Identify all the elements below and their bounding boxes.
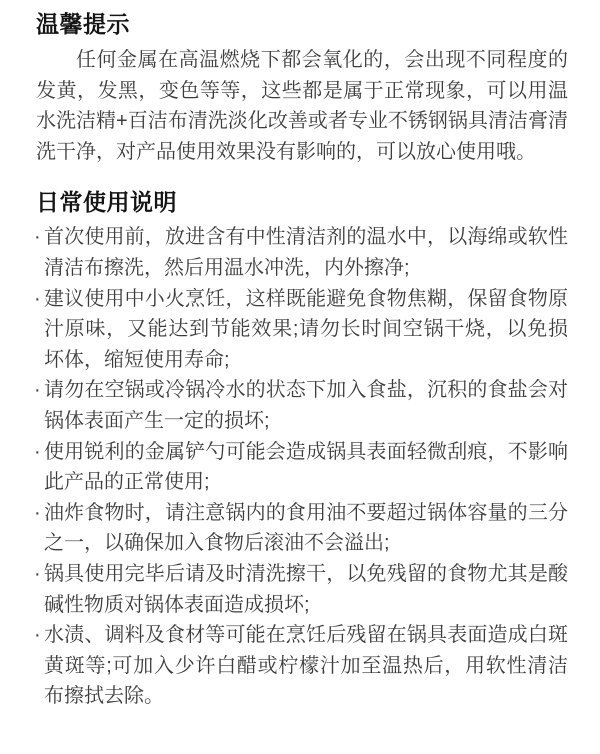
product-care-notes: 温馨提示 任何金属在高温燃烧下都会氧化的，会出现不同程度的发黄，发黑，变色等等，…	[0, 0, 600, 712]
bullet-dot: ·	[34, 375, 41, 406]
usage-instruction-text: 水渍、调料及食材等可能在烹饪后残留在锅具表面造成白斑黄斑等;可加入少许白醋或柠檬…	[44, 624, 568, 707]
usage-instruction-text: 锅具使用完毕后请及时清洗擦干，以免残留的食物尤其是酸碱性物质对锅体表面造成损坏;	[44, 563, 568, 616]
bullet-dot: ·	[34, 498, 41, 529]
usage-instruction-item: · 请勿在空锅或冷锅冷水的状态下加入食盐，沉积的食盐会对锅体表面产生一定的损坏;	[36, 375, 568, 436]
usage-instruction-text: 请勿在空锅或冷锅冷水的状态下加入食盐，沉积的食盐会对锅体表面产生一定的损坏;	[44, 379, 568, 432]
bullet-dot: ·	[34, 222, 41, 253]
bullet-dot: ·	[34, 437, 41, 468]
warm-tips-section: 温馨提示 任何金属在高温燃烧下都会氧化的，会出现不同程度的发黄，发黑，变色等等，…	[36, 9, 568, 167]
usage-instructions-list: · 首次使用前，放进含有中性清洁剂的温水中，以海绵或软性清洁布擦洗，然后用温水冲…	[36, 222, 568, 712]
usage-instruction-item: · 使用锐利的金属铲勺可能会造成锅具表面轻微刮痕，不影响此产品的正常使用;	[36, 437, 568, 498]
usage-instruction-item: · 锅具使用完毕后请及时清洗擦干，以免残留的食物尤其是酸碱性物质对锅体表面造成损…	[36, 559, 568, 620]
daily-usage-title: 日常使用说明	[36, 187, 568, 217]
daily-usage-section: 日常使用说明 · 首次使用前，放进含有中性清洁剂的温水中，以海绵或软性清洁布擦洗…	[36, 187, 568, 712]
bullet-dot: ·	[34, 620, 41, 651]
warm-tips-paragraph: 任何金属在高温燃烧下都会氧化的，会出现不同程度的发黄，发黑，变色等等，这些都是属…	[36, 45, 568, 167]
usage-instruction-item: · 建议使用中小火烹饪，这样既能避免食物焦糊，保留食物原汁原味，又能达到节能效果…	[36, 284, 568, 376]
usage-instruction-text: 首次使用前，放进含有中性清洁剂的温水中，以海绵或软性清洁布擦洗，然后用温水冲洗，…	[44, 226, 568, 279]
usage-instruction-item: · 油炸食物时，请注意锅内的食用油不要超过锅体容量的三分之一，以确保加入食物后滚…	[36, 498, 568, 559]
usage-instruction-text: 使用锐利的金属铲勺可能会造成锅具表面轻微刮痕，不影响此产品的正常使用;	[44, 441, 568, 494]
bullet-dot: ·	[34, 559, 41, 590]
usage-instruction-item: · 水渍、调料及食材等可能在烹饪后残留在锅具表面造成白斑黄斑等;可加入少许白醋或…	[36, 620, 568, 712]
usage-instruction-text: 油炸食物时，请注意锅内的食用油不要超过锅体容量的三分之一，以确保加入食物后滚油不…	[44, 502, 568, 555]
bullet-dot: ·	[34, 284, 41, 315]
warm-tips-title: 温馨提示	[36, 9, 568, 39]
usage-instruction-text: 建议使用中小火烹饪，这样既能避免食物焦糊，保留食物原汁原味，又能达到节能效果;请…	[44, 288, 568, 371]
usage-instruction-item: · 首次使用前，放进含有中性清洁剂的温水中，以海绵或软性清洁布擦洗，然后用温水冲…	[36, 222, 568, 283]
